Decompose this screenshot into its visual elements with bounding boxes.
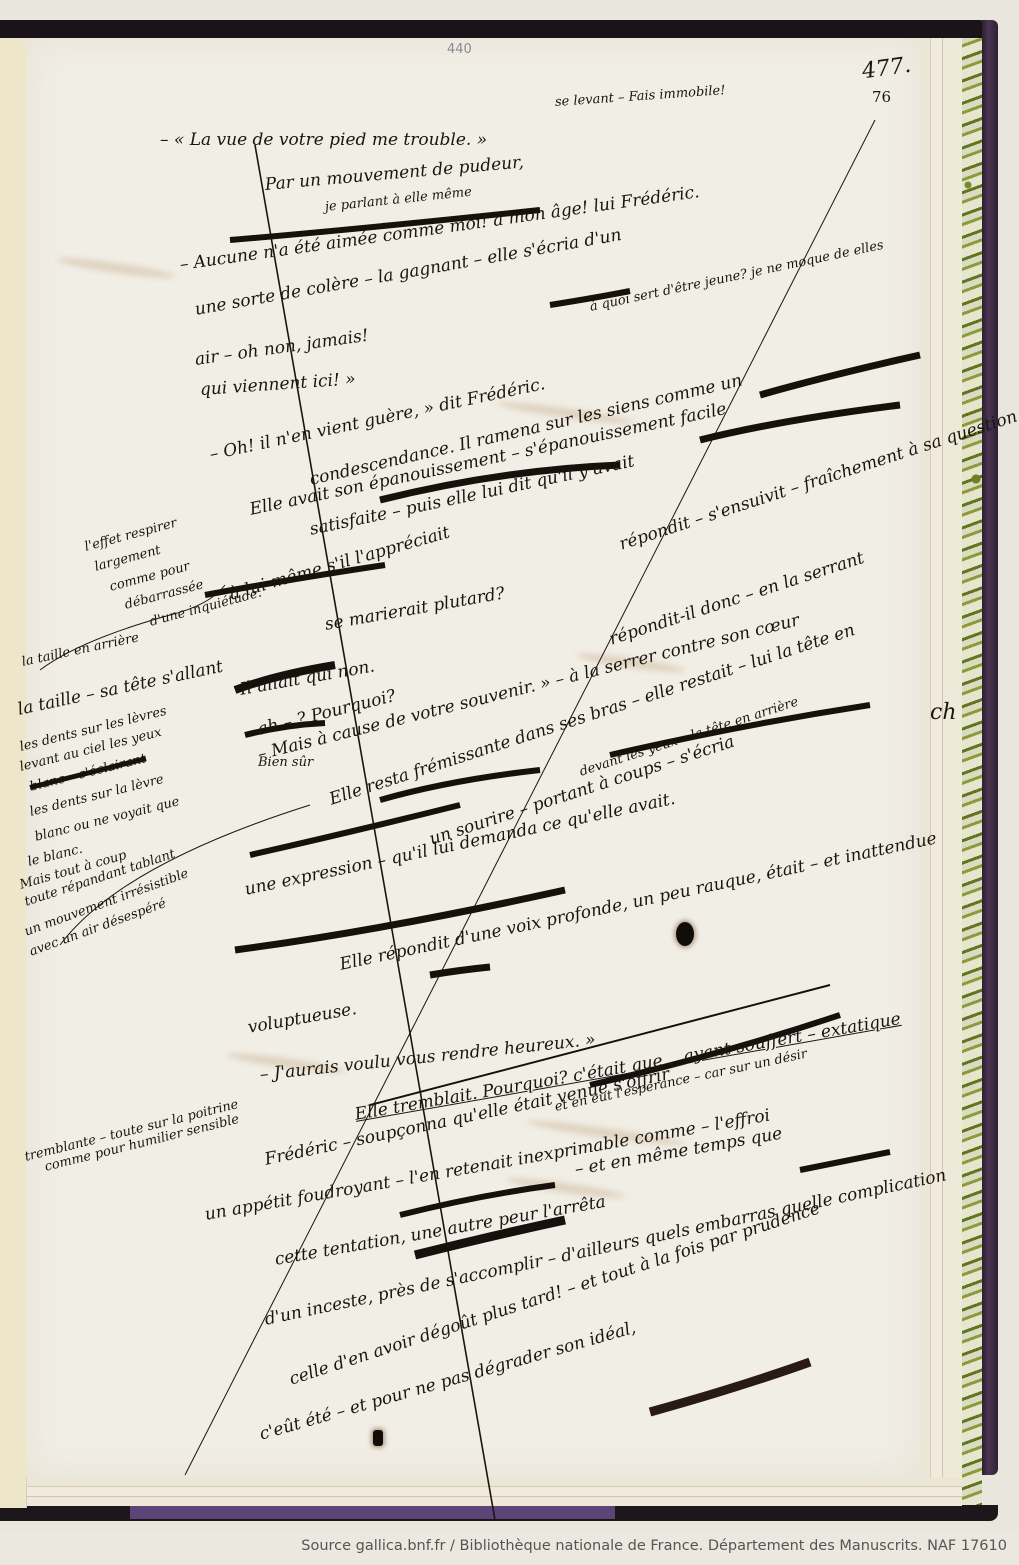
printed-page-number: 76	[872, 88, 891, 106]
margin-note-right: ch	[930, 700, 957, 725]
source-caption: Source gallica.bnf.fr / Bibliothèque nat…	[301, 1538, 1007, 1554]
ink-blot	[373, 1430, 383, 1446]
pencil-folio-number: 440	[447, 42, 472, 57]
ink-blot	[676, 922, 694, 946]
manuscript-scan: 440 477. 76 – « La vue de votre pied me …	[0, 0, 1019, 1530]
manuscript-line: – « La vue de votre pied me trouble. »	[160, 130, 487, 150]
